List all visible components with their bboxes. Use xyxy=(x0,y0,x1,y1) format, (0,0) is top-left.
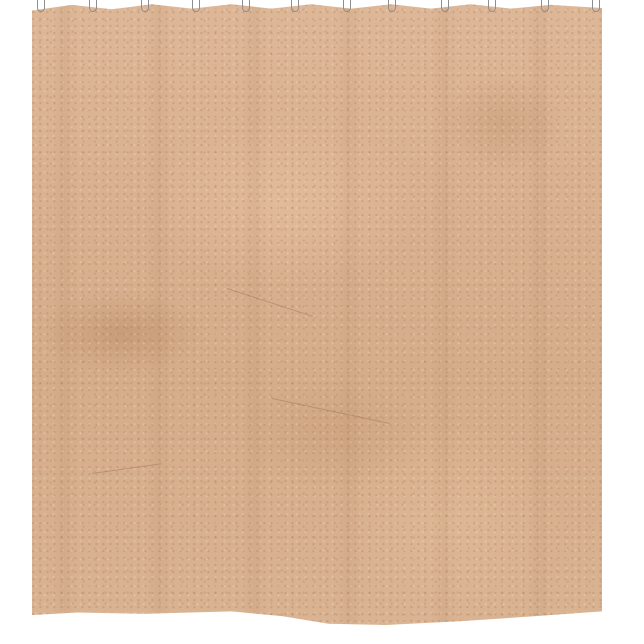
ring-hook-icon xyxy=(291,0,299,12)
ring-hook-icon xyxy=(441,0,449,12)
ring-hook-icon xyxy=(242,0,250,12)
curtain-fold xyxy=(52,3,76,625)
ring-hook-icon xyxy=(541,0,549,12)
ring-hook-icon xyxy=(343,0,351,12)
ring-hook-icon xyxy=(592,0,600,12)
curtain-fold xyxy=(337,3,361,625)
shower-curtain xyxy=(32,3,602,625)
ring-hook-icon xyxy=(388,0,396,12)
curtain-fold xyxy=(432,3,456,625)
ring-hook-icon xyxy=(192,0,200,12)
ring-hook-icon xyxy=(141,0,149,12)
curtain-fold xyxy=(242,3,266,625)
ring-hook-icon xyxy=(37,0,45,12)
ring-hook-icon xyxy=(89,0,97,12)
parchment-texture xyxy=(32,3,602,625)
ring-hook-icon xyxy=(488,0,496,12)
curtain-fold xyxy=(527,3,551,625)
product-photo xyxy=(0,0,644,644)
curtain-fold xyxy=(147,3,171,625)
